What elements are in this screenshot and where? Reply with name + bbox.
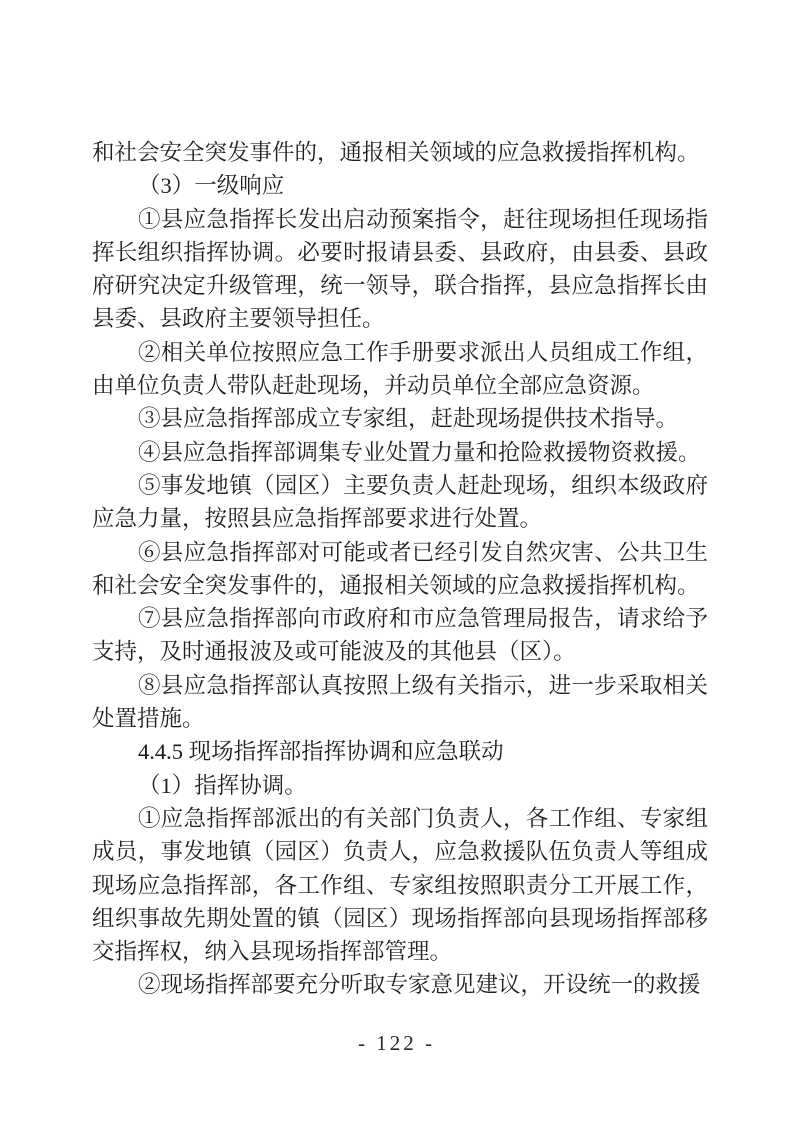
page-footer: - 122 - <box>0 1031 793 1056</box>
text-line: 成员，事发地镇（园区）负责人，应急救援队伍负责人等组成 <box>92 835 708 868</box>
text-line: ⑧县应急指挥部认真按照上级有关指示，进一步采取相关 <box>92 669 708 702</box>
text-line: 应急力量，按照县应急指挥部要求进行处置。 <box>92 502 708 535</box>
text-line: ⑦县应急指挥部向市政府和市应急管理局报告，请求给予 <box>92 602 708 635</box>
document-page: 和社会安全突发事件的，通报相关领域的应急救援指挥机构。（3）一级响应①县应急指挥… <box>0 0 793 1122</box>
text-line: 组织事故先期处置的镇（园区）现场指挥部向县现场指挥部移 <box>92 902 708 935</box>
text-line: 府研究决定升级管理，统一领导，联合指挥，县应急指挥长由 <box>92 269 708 302</box>
text-line: 支持，及时通报波及或可能波及的其他县（区）。 <box>92 635 708 668</box>
text-line: 由单位负责人带队赶赴现场，并动员单位全部应急资源。 <box>92 369 708 402</box>
text-line: ④县应急指挥部调集专业处置力量和抢险救援物资救援。 <box>92 436 708 469</box>
text-line: （3）一级响应 <box>92 169 708 202</box>
text-line: ②相关单位按照应急工作手册要求派出人员组成工作组， <box>92 336 708 369</box>
text-line: 县委、县政府主要领导担任。 <box>92 302 708 335</box>
text-line: 现场应急指挥部，各工作组、专家组按照职责分工开展工作， <box>92 869 708 902</box>
text-line: 和社会安全突发事件的，通报相关领域的应急救援指挥机构。 <box>92 569 708 602</box>
section-heading: 4.4.5 现场指挥部指挥协调和应急联动 <box>92 735 708 768</box>
text-line: ①县应急指挥长发出启动预案指令，赶往现场担任现场指 <box>92 203 708 236</box>
page-body: 和社会安全突发事件的，通报相关领域的应急救援指挥机构。（3）一级响应①县应急指挥… <box>92 136 708 1002</box>
text-line: ③县应急指挥部成立专家组，赶赴现场提供技术指导。 <box>92 402 708 435</box>
text-line: 交指挥权，纳入县现场指挥部管理。 <box>92 935 708 968</box>
text-line: ②现场指挥部要充分听取专家意见建议，开设统一的救援 <box>92 968 708 1001</box>
text-line: ⑥县应急指挥部对可能或者已经引发自然灾害、公共卫生 <box>92 536 708 569</box>
text-line: 和社会安全突发事件的，通报相关领域的应急救援指挥机构。 <box>92 136 708 169</box>
text-line: （1）指挥协调。 <box>92 769 708 802</box>
text-line: 处置措施。 <box>92 702 708 735</box>
text-line: ⑤事发地镇（园区）主要负责人赶赴现场，组织本级政府 <box>92 469 708 502</box>
page-number: - 122 - <box>358 1031 435 1055</box>
text-line: 挥长组织指挥协调。必要时报请县委、县政府，由县委、县政 <box>92 236 708 269</box>
text-line: ①应急指挥部派出的有关部门负责人，各工作组、专家组 <box>92 802 708 835</box>
